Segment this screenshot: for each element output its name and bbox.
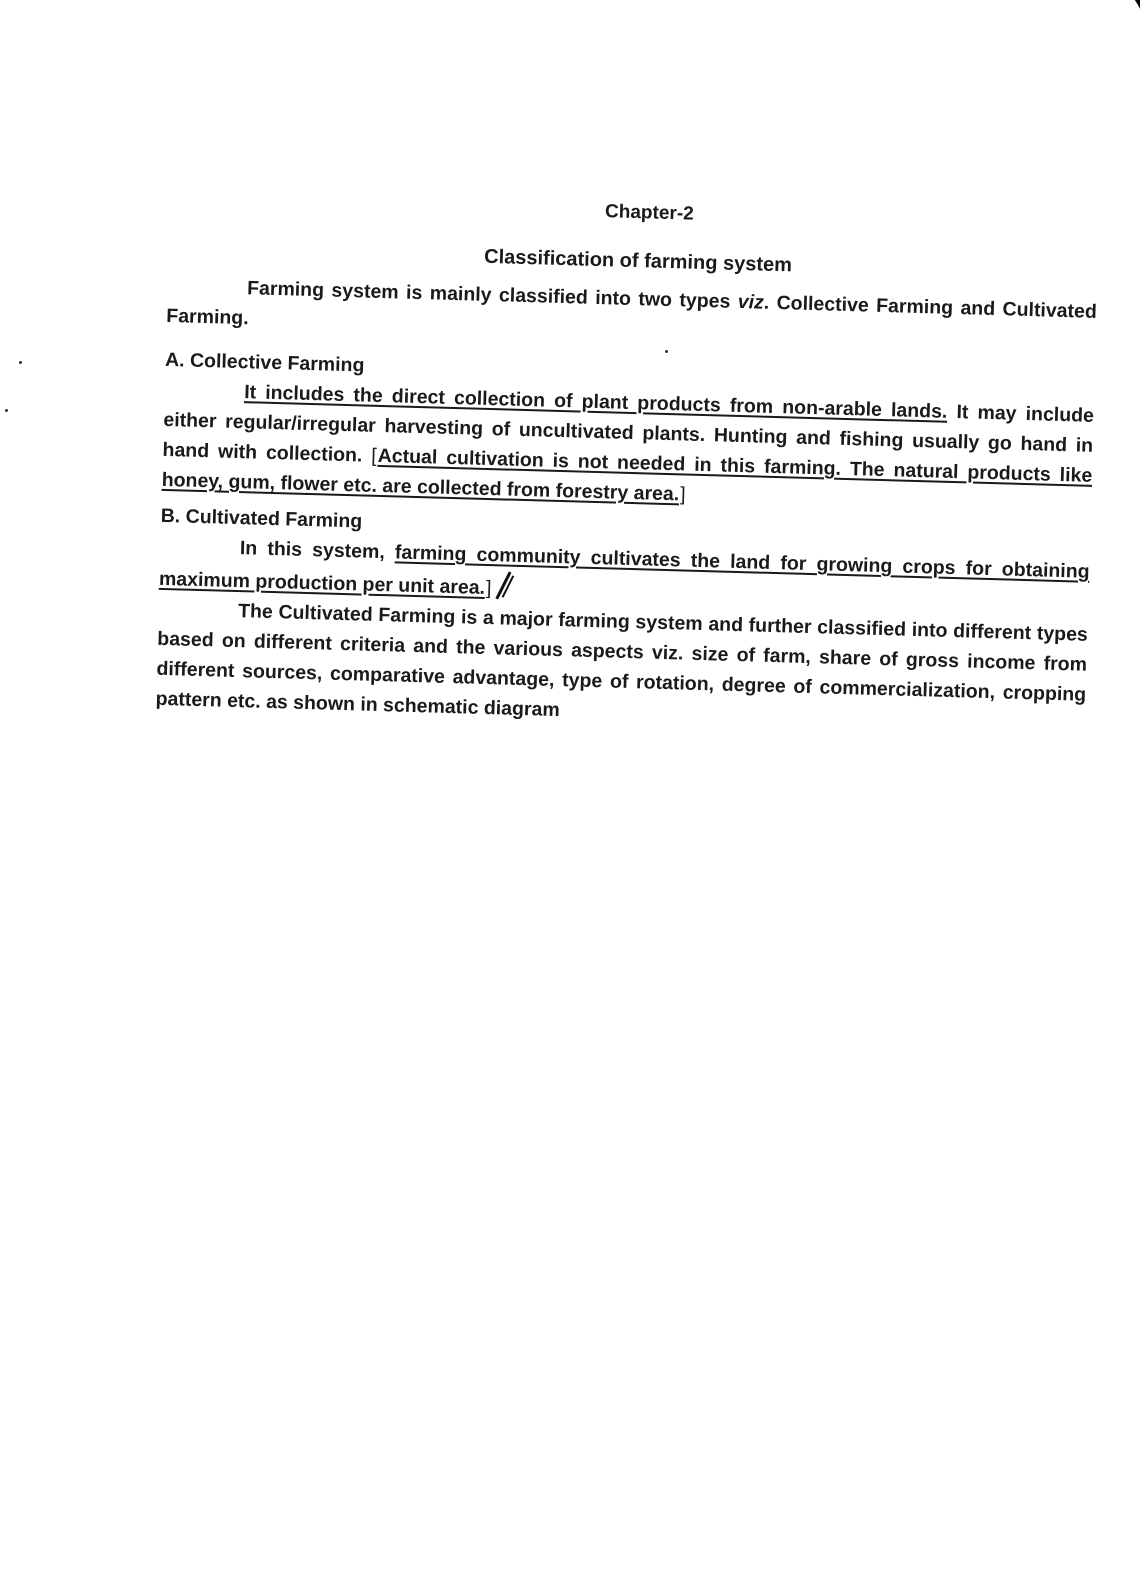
paper-speck	[19, 361, 22, 364]
collective-farming-paragraph: It includes the direct collection of pla…	[161, 375, 1094, 521]
paper-speck	[5, 409, 8, 412]
intro-text-before: Farming system is mainly classified into…	[247, 277, 738, 313]
cultivated-farming-paragraph-2: The Cultivated Farming is a major farmin…	[155, 594, 1088, 740]
cultivated-text: In this system,	[240, 537, 396, 563]
intro-viz: viz	[737, 291, 764, 314]
document-page: Chapter-2 Classification of farming syst…	[155, 185, 1099, 740]
